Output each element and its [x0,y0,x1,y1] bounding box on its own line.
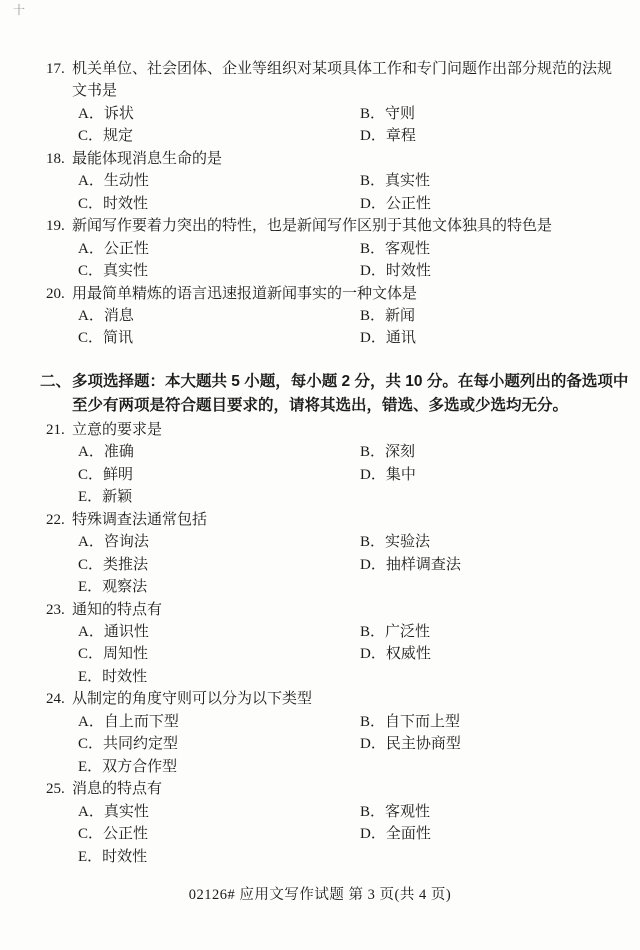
option-text: 权威性 [386,643,431,665]
option-text: 公正性 [104,238,149,260]
option-letter: D． [360,733,386,755]
question-number: 24. [46,688,65,710]
option-text: 章程 [386,125,416,147]
option-letter: D． [360,193,386,215]
option-letter: B． [360,531,385,553]
option: B．新闻 [360,305,415,327]
option-row: C．时效性D．公正性 [78,193,640,215]
question-text: 立意的要求是 [72,419,618,441]
option-letter: D． [360,643,386,665]
question-number: 20. [46,283,65,305]
option: E．双方合作型 [78,756,360,778]
question-text: 从制定的角度守则可以分为以下类型 [72,688,618,710]
option: A．自上而下型 [78,711,360,733]
option-text: 周知性 [103,643,148,665]
section2-header: 二、多项选择题：本大题共 5 小题，每小题 2 分，共 10 分。在每小题列出的… [0,370,640,419]
option-text: 类推法 [103,554,148,576]
option-text: 客观性 [385,801,430,823]
option-row: E．观察法 [78,576,640,598]
option-text: 时效性 [103,193,148,215]
option-letter: C． [78,193,103,215]
option: B．广泛性 [360,621,430,643]
option: D．民主协商型 [360,733,461,755]
question: 18.最能体现消息生命的是A．生动性B．真实性C．时效性D．公正性 [0,148,640,215]
option-row: E．双方合作型 [78,756,640,778]
option-row: A．咨询法B．实验法 [78,531,640,553]
option-letter: B． [360,621,385,643]
corner-registration-mark: 十 [13,1,25,18]
option-text: 简讯 [103,327,133,349]
option-row: C．鲜明D．集中 [78,464,640,486]
option-letter: A． [78,238,104,260]
option-letter: E． [78,486,102,508]
question-number: 18. [46,148,65,170]
option-text: 规定 [103,125,133,147]
option-text: 通讯 [386,327,416,349]
option: D．时效性 [360,260,431,282]
option: B．自下而上型 [360,711,460,733]
option: B．守则 [360,103,415,125]
option-text: 全面性 [386,823,431,845]
option-text: 抽样调查法 [386,554,461,576]
option: C．简讯 [78,327,360,349]
option-text: 真实性 [104,801,149,823]
question: 21.立意的要求是A．准确B．深刻C．鲜明D．集中E．新颖 [0,419,640,509]
option-letter: B． [360,711,385,733]
option-letter: D． [360,823,386,845]
page-content: 17.机关单位、社会团体、企业等组织对某项具体工作和专门问题作出部分规范的法规文… [0,0,640,904]
option: D．权威性 [360,643,431,665]
option-letter: E． [78,756,102,778]
option: C．共同约定型 [78,733,360,755]
question: 24.从制定的角度守则可以分为以下类型A．自上而下型B．自下而上型C．共同约定型… [0,688,640,778]
option: D．章程 [360,125,416,147]
option: D．抽样调查法 [360,554,461,576]
page-footer: 02126# 应用文写作试题 第 3 页(共 4 页) [0,883,640,904]
option: A．消息 [78,305,360,327]
option-text: 时效性 [102,666,147,688]
option: D．通讯 [360,327,416,349]
option: A．准确 [78,441,360,463]
option: E．观察法 [78,576,360,598]
option-text: 双方合作型 [102,756,177,778]
question: 25.消息的特点有A．真实性B．客观性C．公正性D．全面性E．时效性 [0,778,640,868]
question-number: 25. [46,778,65,800]
option-row: E．新颖 [78,486,640,508]
option-letter: C． [78,464,103,486]
option-row: A．消息B．新闻 [78,305,640,327]
section2-instructions: 多项选择题：本大题共 5 小题，每小题 2 分，共 10 分。在每小题列出的备选… [72,373,628,415]
option: A．生动性 [78,170,360,192]
question-number: 23. [46,599,65,621]
option-letter: A． [78,170,104,192]
multi-choice-question-list: 21.立意的要求是A．准确B．深刻C．鲜明D．集中E．新颖22.特殊调查法通常包… [0,419,640,868]
single-choice-question-list: 17.机关单位、社会团体、企业等组织对某项具体工作和专门问题作出部分规范的法规文… [0,58,640,350]
option-letter: D． [360,327,386,349]
option-row: E．时效性 [78,846,640,868]
option-row: A．准确B．深刻 [78,441,640,463]
question-text: 消息的特点有 [72,778,618,800]
option-letter: A． [78,441,104,463]
option-letter: B． [360,238,385,260]
option: B．客观性 [360,238,430,260]
option-row: C．共同约定型D．民主协商型 [78,733,640,755]
option: A．公正性 [78,238,360,260]
option-text: 自上而下型 [104,711,179,733]
option: B．深刻 [360,441,415,463]
option-letter: C． [78,554,103,576]
option-letter: A． [78,801,104,823]
option-letter: C． [78,327,103,349]
option-text: 实验法 [385,531,430,553]
option: C．周知性 [78,643,360,665]
option-text: 鲜明 [103,464,133,486]
option-letter: B． [360,441,385,463]
option-text: 新闻 [385,305,415,327]
question-number: 22. [46,509,65,531]
question-text: 最能体现消息生命的是 [72,148,618,170]
option-letter: C． [78,260,103,282]
question: 19.新闻写作要着力突出的特性，也是新闻写作区别于其他文体独具的特色是A．公正性… [0,215,640,282]
option-letter: C． [78,643,103,665]
option-text: 诉状 [104,103,134,125]
option-letter: A． [78,711,104,733]
option: E．时效性 [78,846,360,868]
option-text: 自下而上型 [385,711,460,733]
option-text: 守则 [385,103,415,125]
option-text: 公正性 [103,823,148,845]
question-number: 17. [46,58,65,80]
section2-number: 二、 [40,370,71,395]
question-text: 特殊调查法通常包括 [72,509,618,531]
question-text: 新闻写作要着力突出的特性，也是新闻写作区别于其他文体独具的特色是 [72,215,618,237]
option-letter: B． [360,801,385,823]
option: A．咨询法 [78,531,360,553]
option-letter: D． [360,260,386,282]
option-text: 真实性 [103,260,148,282]
option-letter: A． [78,305,104,327]
option: C．时效性 [78,193,360,215]
option-letter: C． [78,823,103,845]
option-row: A．公正性B．客观性 [78,238,640,260]
option-letter: A． [78,103,104,125]
option: C．类推法 [78,554,360,576]
option: B．真实性 [360,170,430,192]
option-text: 真实性 [385,170,430,192]
question-text: 通知的特点有 [72,599,618,621]
option-text: 消息 [104,305,134,327]
option: E．时效性 [78,666,360,688]
option: E．新颖 [78,486,360,508]
question-number: 19. [46,215,65,237]
option-letter: A． [78,531,104,553]
option-letter: B． [360,103,385,125]
question: 17.机关单位、社会团体、企业等组织对某项具体工作和专门问题作出部分规范的法规文… [0,58,640,148]
option: C．真实性 [78,260,360,282]
question: 20.用最简单精炼的语言迅速报道新闻事实的一种文体是A．消息B．新闻C．简讯D．… [0,283,640,350]
option: B．实验法 [360,531,430,553]
option-row: A．自上而下型B．自下而上型 [78,711,640,733]
option-letter: C． [78,125,103,147]
option-text: 客观性 [385,238,430,260]
option-text: 新颖 [102,486,132,508]
option-row: A．生动性B．真实性 [78,170,640,192]
exam-page: 十 17.机关单位、社会团体、企业等组织对某项具体工作和专门问题作出部分规范的法… [0,0,640,950]
option-text: 公正性 [386,193,431,215]
option-text: 咨询法 [104,531,149,553]
option-letter: E． [78,666,102,688]
option-letter: E． [78,576,102,598]
option-row: C．公正性D．全面性 [78,823,640,845]
question-text: 用最简单精炼的语言迅速报道新闻事实的一种文体是 [72,283,618,305]
option-text: 时效性 [386,260,431,282]
option-row: C．简讯D．通讯 [78,327,640,349]
option-text: 通识性 [104,621,149,643]
question: 22.特殊调查法通常包括A．咨询法B．实验法C．类推法D．抽样调查法E．观察法 [0,509,640,599]
option: A．诉状 [78,103,360,125]
option-text: 生动性 [104,170,149,192]
option-letter: B． [360,305,385,327]
option-letter: A． [78,621,104,643]
option: B．客观性 [360,801,430,823]
option: A．通识性 [78,621,360,643]
option-row: C．规定D．章程 [78,125,640,147]
option-text: 集中 [386,464,416,486]
question-text: 机关单位、社会团体、企业等组织对某项具体工作和专门问题作出部分规范的法规文书是 [72,58,618,103]
option-text: 民主协商型 [386,733,461,755]
option: C．公正性 [78,823,360,845]
option-text: 广泛性 [385,621,430,643]
option-row: E．时效性 [78,666,640,688]
option-row: C．周知性D．权威性 [78,643,640,665]
option-text: 深刻 [385,441,415,463]
option-row: C．类推法D．抽样调查法 [78,554,640,576]
option-text: 观察法 [102,576,147,598]
option: C．鲜明 [78,464,360,486]
option: D．公正性 [360,193,431,215]
option: A．真实性 [78,801,360,823]
option: C．规定 [78,125,360,147]
option-text: 准确 [104,441,134,463]
option-text: 共同约定型 [103,733,178,755]
question: 23.通知的特点有A．通识性B．广泛性C．周知性D．权威性E．时效性 [0,599,640,689]
option-text: 时效性 [102,846,147,868]
option-letter: D． [360,125,386,147]
question-number: 21. [46,419,65,441]
option-row: C．真实性D．时效性 [78,260,640,282]
option-letter: D． [360,554,386,576]
option-letter: D． [360,464,386,486]
option: D．全面性 [360,823,431,845]
option: D．集中 [360,464,416,486]
option-row: A．通识性B．广泛性 [78,621,640,643]
option-letter: C． [78,733,103,755]
option-row: A．诉状B．守则 [78,103,640,125]
option-row: A．真实性B．客观性 [78,801,640,823]
option-letter: E． [78,846,102,868]
option-letter: B． [360,170,385,192]
